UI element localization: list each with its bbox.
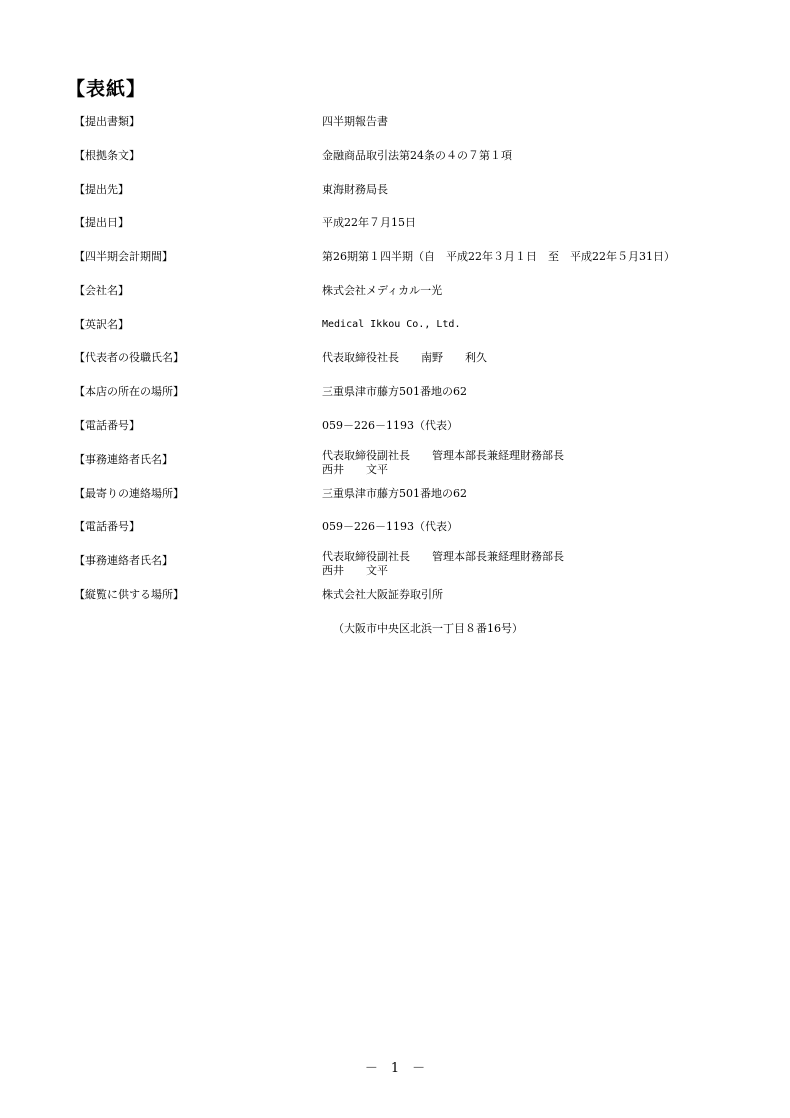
label-phone-number: 【電話番号】	[74, 419, 140, 433]
contact-person-name: 西井 文平	[322, 463, 564, 477]
label-legal-basis: 【根拠条文】	[74, 149, 140, 163]
value-contact-person: 代表取締役副社長 管理本部長兼経理財務部長 西井 文平	[322, 449, 564, 477]
label-nearest-contact-address: 【最寄りの連絡場所】	[74, 487, 184, 501]
label-document-type: 【提出書類】	[74, 115, 140, 129]
label-company-name: 【会社名】	[74, 284, 129, 298]
value-company-name: 株式会社メディカル一光	[322, 284, 442, 298]
value-public-inspection-place: 株式会社大阪証券取引所	[322, 588, 443, 602]
value-document-type: 四半期報告書	[322, 115, 388, 129]
label-submitted-to: 【提出先】	[74, 183, 129, 197]
label-english-name: 【英訳名】	[74, 318, 129, 332]
label-accounting-period: 【四半期会計期間】	[74, 250, 173, 264]
page-number: － 1 －	[0, 1057, 790, 1076]
value-submission-date: 平成22年７月15日	[322, 216, 416, 230]
label-contact-person-2: 【事務連絡者氏名】	[74, 554, 173, 568]
value-accounting-period: 第26期第１四半期（自 平成22年３月１日 至 平成22年５月31日）	[322, 250, 675, 264]
contact-person-title: 代表取締役副社長 管理本部長兼経理財務部長	[322, 449, 564, 463]
page-title: 【表紙】	[66, 74, 146, 101]
value-phone-number-2: 059－226－1193（代表）	[322, 520, 458, 534]
value-legal-basis: 金融商品取引法第24条の４の７第１項	[322, 149, 512, 163]
label-head-office-address: 【本店の所在の場所】	[74, 385, 184, 399]
contact-person-name-2: 西井 文平	[322, 564, 564, 578]
contact-person-title-2: 代表取締役副社長 管理本部長兼経理財務部長	[322, 550, 564, 564]
value-phone-number: 059－226－1193（代表）	[322, 419, 458, 433]
value-head-office-address: 三重県津市藤方501番地の62	[322, 385, 467, 399]
value-english-name: Medical Ikkou Co., Ltd.	[322, 318, 460, 332]
value-representative: 代表取締役社長 南野 利久	[322, 351, 487, 365]
value-contact-person-2: 代表取締役副社長 管理本部長兼経理財務部長 西井 文平	[322, 550, 564, 578]
label-contact-person: 【事務連絡者氏名】	[74, 453, 173, 467]
value-submitted-to: 東海財務局長	[322, 183, 388, 197]
label-submission-date: 【提出日】	[74, 216, 129, 230]
label-public-inspection-place: 【縦覧に供する場所】	[74, 588, 184, 602]
label-phone-number-2: 【電話番号】	[74, 520, 140, 534]
inspection-place-address: （大阪市中央区北浜一丁目８番16号）	[333, 622, 523, 636]
label-representative: 【代表者の役職氏名】	[74, 351, 184, 365]
value-nearest-contact-address: 三重県津市藤方501番地の62	[322, 487, 467, 501]
